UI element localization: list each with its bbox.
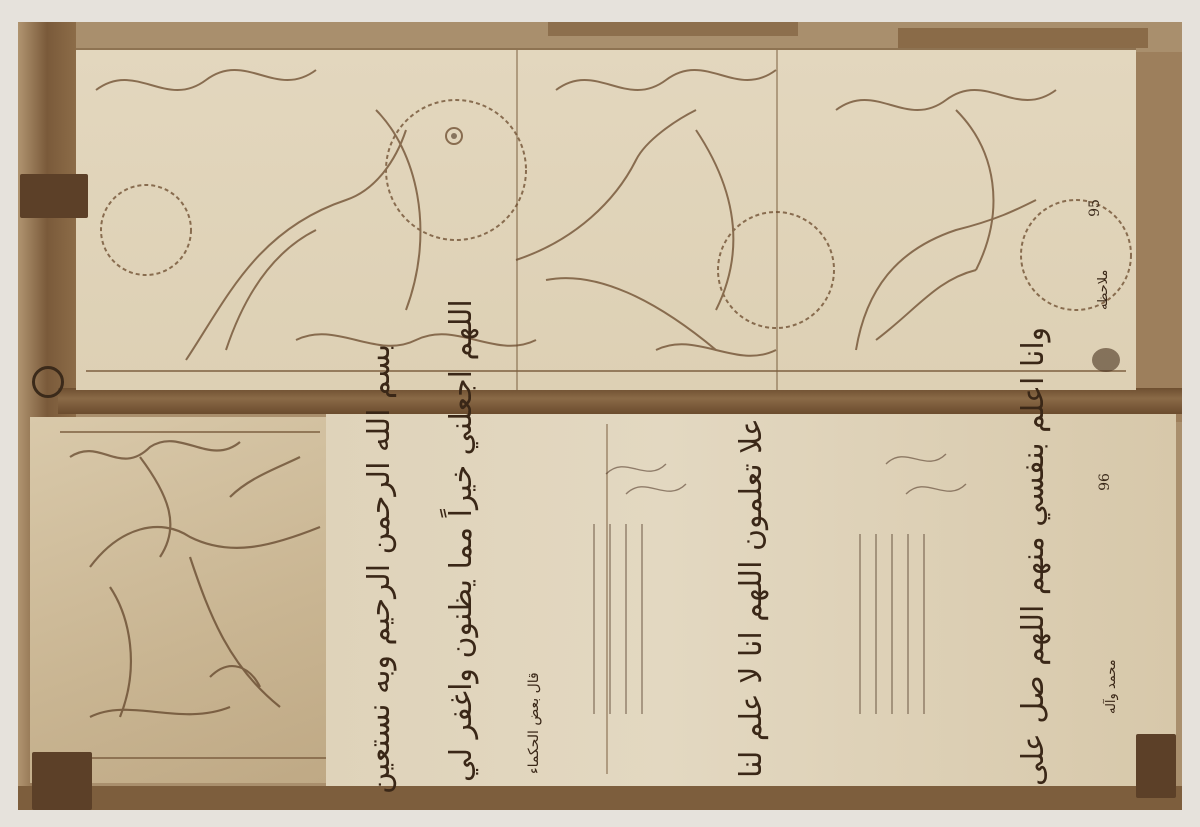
top-drawing-panel: 95 ملاحظه — [76, 48, 1136, 390]
middle-divider-strip — [58, 388, 1182, 414]
phoenix-peony-drawing — [76, 50, 1136, 390]
marginal-note: ملاحظه — [1096, 270, 1111, 310]
top-torn-strip — [548, 22, 798, 36]
binding-clip — [1136, 734, 1176, 798]
small-text-blocks — [326, 414, 1176, 786]
photograph: 95 ملاحظه بسم الله الرحمن الرحيم وبه نست… — [18, 22, 1182, 810]
calligraphy-panel: بسم الله الرحمن الرحيم وبه نستعين اللهم … — [326, 414, 1176, 786]
page-number-bottom: 96 — [1097, 473, 1113, 491]
page-number-top: 95 — [1087, 199, 1103, 217]
string-tie — [32, 366, 64, 398]
bottom-left-drawing-panel — [30, 417, 326, 783]
binding-clip — [20, 174, 88, 218]
top-torn-strip-2 — [898, 28, 1148, 48]
right-frame-strip — [1136, 52, 1182, 422]
phoenix-drawing — [30, 417, 326, 783]
bottom-frame-strip — [18, 786, 1182, 810]
binding-clip — [32, 752, 92, 810]
